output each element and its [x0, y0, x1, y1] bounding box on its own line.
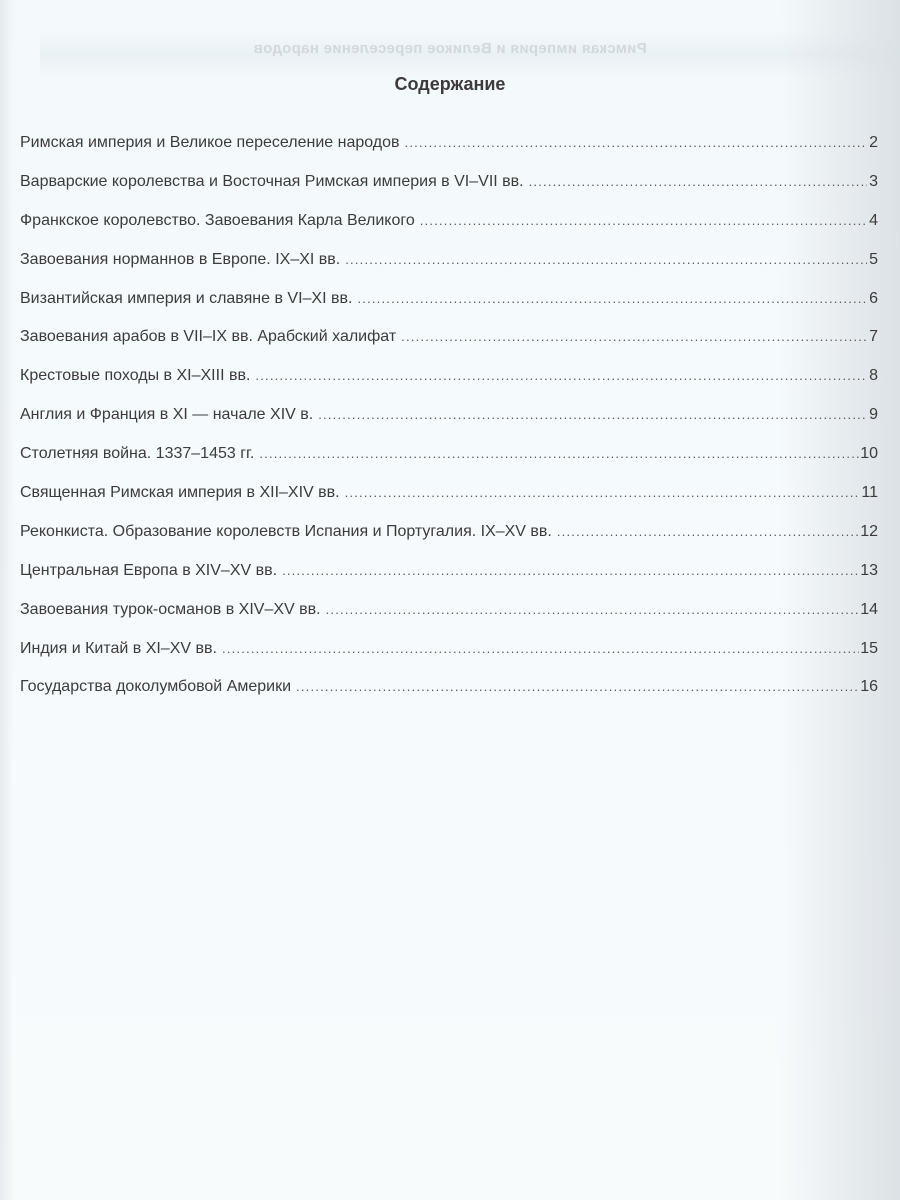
toc-entry-title: Центральная Европа в XIV–XV вв. — [20, 562, 277, 580]
toc-entry-title: Крестовые походы в XI–XIII вв. — [20, 367, 250, 385]
toc-entry-title: Византийская империя и славяне в VI–XI в… — [20, 290, 352, 308]
table-of-contents: Римская империя и Великое переселение на… — [20, 134, 880, 717]
toc-entry-title: Индия и Китай в XI–XV вв. — [20, 640, 217, 658]
dot-leader — [255, 368, 867, 383]
toc-entry-page: 12 — [860, 523, 878, 541]
dot-leader — [357, 291, 867, 306]
toc-entry-title: Священная Римская империя в XII–XIV вв. — [20, 484, 340, 502]
toc-entry-page: 2 — [868, 134, 878, 152]
toc-entry-page: 10 — [860, 445, 878, 463]
dot-leader — [296, 679, 859, 694]
toc-entry-page: 11 — [861, 484, 878, 502]
toc-entry-title: Римская империя и Великое переселение на… — [20, 134, 400, 152]
dot-leader — [282, 563, 859, 578]
toc-entry-title: Завоевания норманнов в Европе. IX–XI вв. — [20, 251, 340, 269]
toc-entry[interactable]: Завоевания арабов в VII–IX вв. Арабский … — [20, 328, 880, 367]
toc-entry[interactable]: Центральная Европа в XIV–XV вв. 13 — [20, 562, 880, 601]
toc-entry-page: 16 — [860, 678, 878, 696]
toc-entry-page: 3 — [868, 173, 878, 191]
toc-entry-page: 5 — [868, 251, 878, 269]
toc-entry-page: 6 — [868, 290, 878, 308]
dot-leader — [401, 329, 867, 344]
toc-entry[interactable]: Завоевания турок-османов в XIV–XV вв. 14 — [20, 601, 880, 640]
toc-entry[interactable]: Византийская империя и славяне в VI–XI в… — [20, 290, 880, 329]
toc-entry[interactable]: Реконкиста. Образование королевств Испан… — [20, 523, 880, 562]
toc-entry[interactable]: Крестовые походы в XI–XIII вв. 8 — [20, 367, 880, 406]
toc-entry-page: 4 — [868, 212, 878, 230]
toc-entry[interactable]: Англия и Франция в XI — начале XIV в. 9 — [20, 406, 880, 445]
toc-entry-title: Завоевания арабов в VII–IX вв. Арабский … — [20, 328, 396, 346]
toc-entry[interactable]: Франкское королевство. Завоевания Карла … — [20, 212, 880, 251]
toc-entry-page: 13 — [860, 562, 878, 580]
toc-entry[interactable]: Индия и Китай в XI–XV вв. 15 — [20, 640, 880, 679]
toc-entry-page: 8 — [868, 367, 878, 385]
toc-entry-page: 9 — [868, 406, 878, 424]
toc-entry-title: Завоевания турок-османов в XIV–XV вв. — [20, 601, 321, 619]
toc-entry[interactable]: Государства доколумбовой Америки 16 — [20, 678, 880, 717]
dot-leader — [557, 524, 859, 539]
dot-leader — [420, 213, 867, 228]
toc-entry[interactable]: Столетняя война. 1337–1453 гг. 10 — [20, 445, 880, 484]
toc-entry[interactable]: Римская империя и Великое переселение на… — [20, 134, 880, 173]
dot-leader — [326, 602, 860, 617]
toc-entry-title: Англия и Франция в XI — начале XIV в. — [20, 406, 313, 424]
page-title: Содержание — [0, 74, 900, 95]
toc-entry-page: 7 — [868, 328, 878, 346]
dot-leader — [405, 135, 867, 150]
dot-leader — [222, 641, 859, 656]
toc-entry[interactable]: Завоевания норманнов в Европе. IX–XI вв.… — [20, 251, 880, 290]
dot-leader — [529, 174, 867, 189]
toc-entry-title: Реконкиста. Образование королевств Испан… — [20, 523, 552, 541]
bleed-through-header: Римская империя и Великое переселение на… — [0, 40, 900, 57]
dot-leader — [345, 485, 861, 500]
document-page: Римская империя и Великое переселение на… — [0, 0, 900, 1200]
toc-entry[interactable]: Варварские королевства и Восточная Римск… — [20, 173, 880, 212]
toc-entry[interactable]: Священная Римская империя в XII–XIV вв. … — [20, 484, 880, 523]
dot-leader — [259, 446, 859, 461]
toc-entry-title: Франкское королевство. Завоевания Карла … — [20, 212, 415, 230]
toc-entry-title: Столетняя война. 1337–1453 гг. — [20, 445, 254, 463]
toc-entry-title: Государства доколумбовой Америки — [20, 678, 291, 696]
dot-leader — [345, 252, 867, 267]
toc-entry-title: Варварские королевства и Восточная Римск… — [20, 173, 524, 191]
dot-leader — [318, 407, 867, 422]
toc-entry-page: 14 — [860, 601, 878, 619]
toc-entry-page: 15 — [860, 640, 878, 658]
